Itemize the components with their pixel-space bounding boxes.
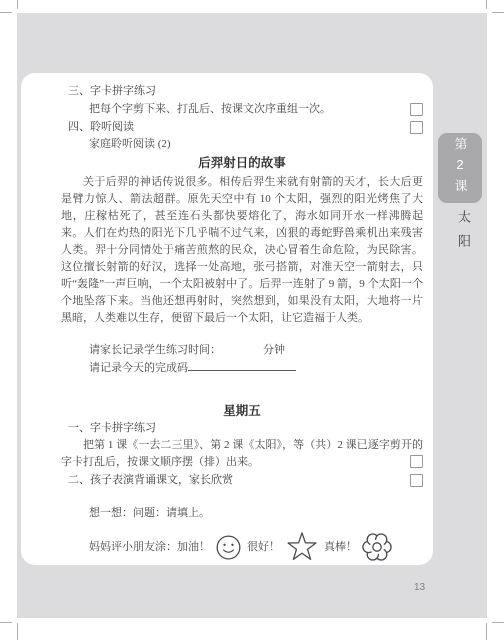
smiley-icon[interactable] [215,534,242,561]
section-3-heading: 三、字卡拼字练习 [61,83,423,100]
friday-section-1-heading: 一、字卡拼字练习 [61,420,423,437]
section-3-task-text: 把每个字剪下来、打乱后、按课文次序重组一次。 [61,100,402,118]
record-time-label: 请家长记录学生练习时间： [89,344,221,356]
crop-mark-bottom-left-v [17,623,18,640]
section-3-task-row: 把每个字剪下来、打乱后、按课文次序重组一次。 [61,100,423,118]
crop-mark-top-right-v [486,0,487,9]
friday-section-2-checkbox[interactable] [410,474,423,487]
section-4-subtext: 家庭聆听阅读 (2) [61,136,423,153]
worksheet-card: 三、字卡拼字练习 把每个字剪下来、打乱后、按课文次序重组一次。 四、聆听阅读 家… [21,73,433,565]
friday-section-2-heading: 二、孩子表演背诵课文，家长欣赏 [61,471,402,489]
rating-row: 妈妈评小朋友涂：加油！ 很好！ 真棒！ [61,530,423,564]
section-4-heading-row: 四、聆听阅读 [61,118,423,136]
code-fill-blank[interactable] [188,359,296,371]
friday-heading: 星期五 [61,403,423,420]
page-number: 13 [414,582,425,593]
friday-section-2-row: 二、孩子表演背诵课文，家长欣赏 [61,471,423,489]
course-title: 太阳 [454,210,473,258]
workbook-page: { "tab": { "lesson_label": "第2课", "cours… [0,0,504,640]
friday-section-1-task-text: 把第 1 课《一去二三里》、第 2 课《太阳》，等（共）2 课已逐字剪开的字卡打… [61,439,423,468]
flower-icon[interactable] [362,532,392,562]
rating-good-label: 很好！ [247,539,280,556]
story-paragraph: 关于后羿的神话传说很多。相传后羿生来就有射箭的天才，长大后更是臂力惊人、箭法超群… [61,174,423,327]
record-code-line: 请记录今天的完成码 [61,359,423,377]
think-prompt: 想一想：问题：请填上。 [61,505,423,522]
friday-section-1-checkbox[interactable] [410,455,423,468]
record-time-line: 请家长记录学生练习时间：分钟 [61,341,423,359]
record-code-label: 请记录今天的完成码 [89,362,188,374]
section-4-checkbox[interactable] [410,121,423,134]
record-time-unit: 分钟 [263,344,285,356]
crop-mark-bottom-right-h [492,622,504,623]
friday-section-1-task: 把第 1 课《一去二三里》、第 2 课《太阳》，等（共）2 课已逐字剪开的字卡打… [61,437,423,471]
rating-prefix: 妈妈评小朋友涂：加油！ [89,539,210,556]
page-background: 三、字卡拼字练习 把每个字剪下来、打乱后、按课文次序重组一次。 四、聆听阅读 家… [17,13,487,618]
crop-mark-top-left-v [17,0,18,9]
story-title: 后羿射日的故事 [61,155,423,172]
crop-mark-top-right-h [492,12,504,13]
crop-mark-top-left-h [0,12,12,13]
star-icon[interactable] [285,531,319,564]
crop-mark-bottom-right-v [486,623,487,640]
section-3-checkbox[interactable] [410,103,423,116]
lesson-tab[interactable]: 第2课 [438,133,482,203]
section-4-heading: 四、聆听阅读 [61,118,402,136]
rating-great-label: 真棒！ [324,539,357,556]
crop-mark-bottom-left-h [0,622,12,623]
